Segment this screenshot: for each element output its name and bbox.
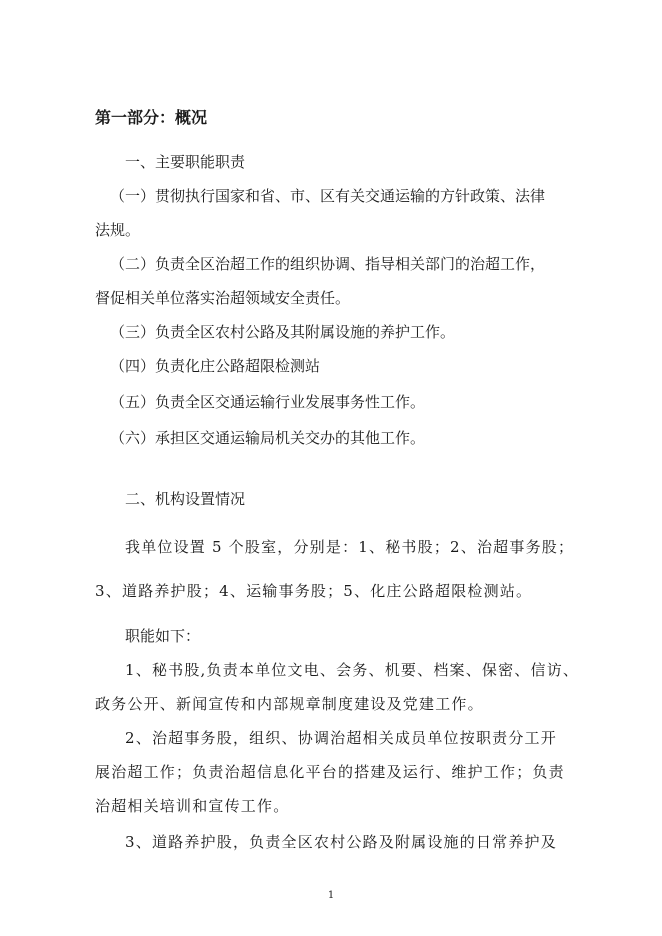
duty-item-1-cont: 法规。 — [95, 220, 140, 240]
page-number: 1 — [0, 890, 662, 901]
duty-item-2-cont: 督促相关单位落实治超领域安全责任。 — [95, 288, 350, 308]
section-heading-organization: 二、机构设置情况 — [125, 489, 245, 509]
function-2-cont: 展治超工作；负责治超信息化平台的搭建及运行、维护工作；负责 — [95, 762, 565, 782]
section-heading-duties: 一、主要职能职责 — [125, 152, 245, 172]
duty-item-2: （二）负责全区治超工作的组织协调、指导相关部门的治超工作， — [110, 254, 545, 274]
function-1-cont: 政务公开、新闻宣传和内部规章制度建设及党建工作。 — [95, 694, 484, 714]
duty-item-1: （一）贯彻执行国家和省、市、区有关交通运输的方针政策、法律 — [110, 186, 545, 206]
duty-item-5: （五）负责全区交通运输行业发展事务性工作。 — [110, 392, 425, 412]
duty-item-4: （四）负责化庄公路超限检测站 — [110, 356, 320, 376]
duty-item-6: （六）承担区交通运输局机关交办的其他工作。 — [110, 428, 425, 448]
functions-label: 职能如下： — [125, 626, 200, 646]
function-1: 1、秘书股,负责本单位文电、会务、机要、档案、保密、信访、 — [125, 660, 579, 680]
function-2-cont-2: 治超相关培训和宣传工作。 — [95, 796, 289, 816]
org-intro-cont: 3、道路养护股；4、运输事务股；5、化庄公路超限检测站。 — [95, 581, 532, 601]
duty-item-3: （三）负责全区农村公路及其附属设施的养护工作。 — [110, 322, 455, 342]
org-intro: 我单位设置 5 个股室，分别是：1、秘书股；2、治超事务股； — [125, 537, 574, 557]
function-2: 2、治超事务股，组织、协调治超相关成员单位按职责分工开 — [125, 728, 557, 748]
page-title: 第一部分：概况 — [95, 108, 207, 128]
function-3: 3、道路养护股，负责全区农村公路及附属设施的日常养护及 — [125, 832, 557, 852]
